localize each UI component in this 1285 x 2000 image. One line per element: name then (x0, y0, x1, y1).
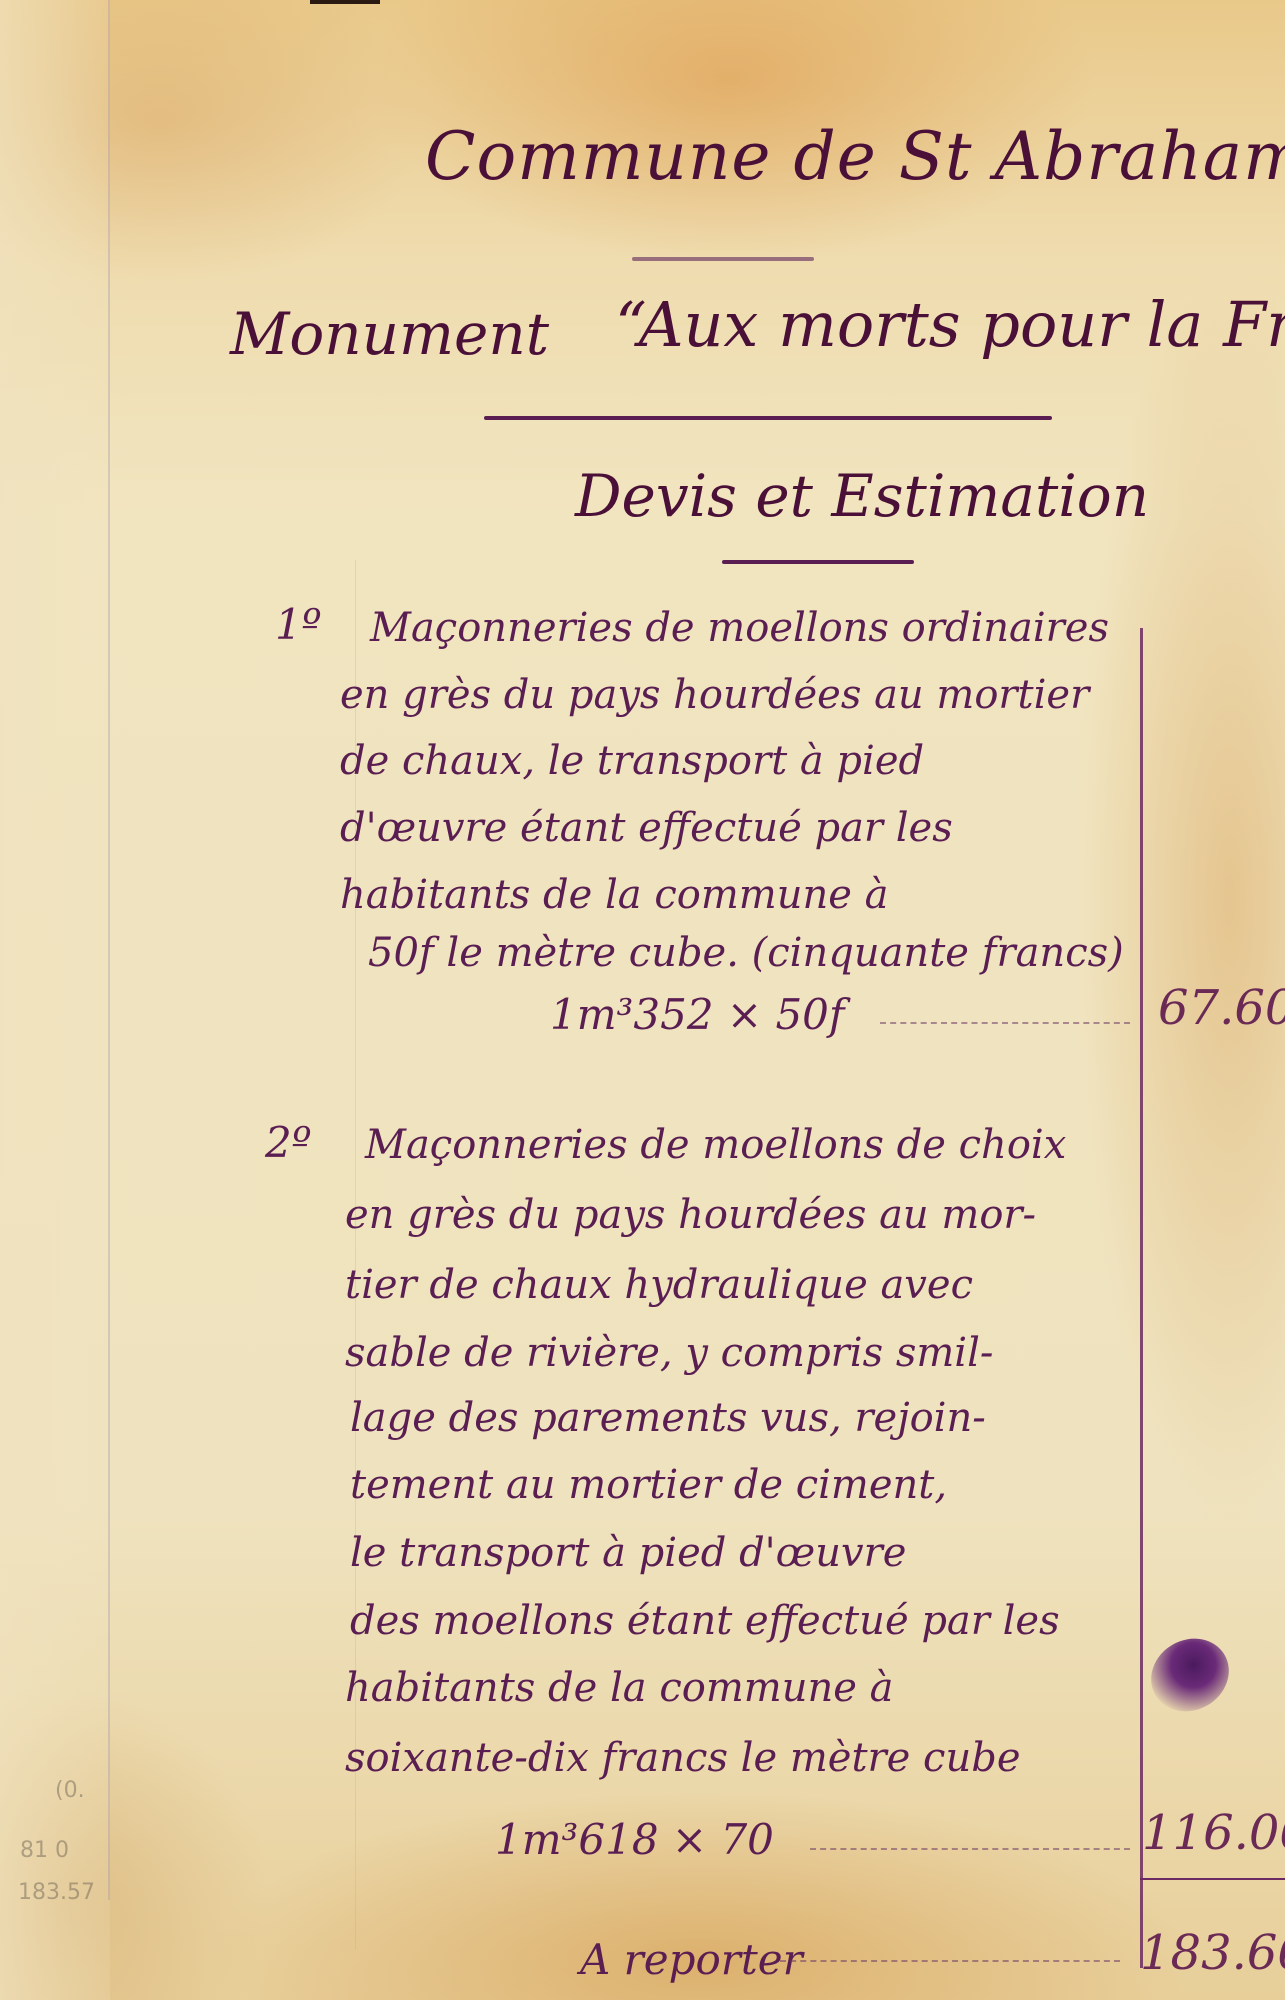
carry-forward-total: 183.66 (1140, 1925, 1285, 1981)
item-amount: 67.60 (1158, 980, 1285, 1036)
binding-tab (310, 0, 380, 4)
item-line: soixante-dix francs le mètre cube (345, 1735, 1021, 1781)
item-line: sable de rivière, y compris smil- (345, 1330, 993, 1376)
item-line: des moellons étant effectué par les (350, 1598, 1060, 1644)
item-calculation: 1m³618 × 70 (495, 1815, 774, 1864)
item-line: d'œuvre étant effectué par les (340, 805, 953, 851)
item-line: en grès du pays hourdées au mortier (340, 672, 1089, 718)
leader-dashes (880, 1022, 1130, 1024)
commune-title: Commune de St Abraham (425, 118, 1285, 195)
carry-forward-label: A reporter (580, 1935, 803, 1984)
leader-dashes (780, 1960, 1120, 1962)
document-page: Commune de St Abraham Monument “Aux mort… (0, 0, 1285, 2000)
item-amount: 116.06 (1142, 1805, 1285, 1861)
document-subtitle: Devis et Estimation (575, 462, 1149, 530)
item-number: 1º (275, 600, 321, 649)
item-line: tement au mortier de ciment, (350, 1462, 947, 1508)
item-line: Maçonneries de moellons de choix (365, 1122, 1066, 1168)
item-calculation: 1m³352 × 50f (550, 990, 844, 1039)
item-line: tier de chaux hydraulique avec (345, 1262, 973, 1308)
title-underline (632, 257, 814, 261)
amount-column-rule (1140, 628, 1143, 1968)
margin-note: 81 0 (20, 1838, 69, 1863)
margin-note: (0. (55, 1778, 85, 1803)
paper-fold-strip (0, 0, 110, 2000)
item-line: de chaux, le transport à pied (340, 738, 924, 784)
item-line: Maçonneries de moellons ordinaires (370, 605, 1109, 651)
item-line: lage des parements vus, rejoin- (350, 1395, 986, 1441)
margin-rule (108, 0, 110, 1900)
item-number: 2º (265, 1118, 311, 1167)
item-line: 50f le mètre cube. (cinquante francs) (368, 930, 1124, 976)
subtotal-rule (1140, 1878, 1285, 1880)
margin-note: 183.57 (18, 1880, 95, 1905)
monument-underline (484, 416, 1052, 420)
monument-name: “Aux morts pour la France” (615, 288, 1285, 361)
leader-dashes (810, 1848, 1130, 1850)
item-line: habitants de la commune à (340, 872, 888, 918)
subtitle-underline (722, 560, 914, 564)
item-line: le transport à pied d'œuvre (350, 1530, 906, 1576)
item-line: en grès du pays hourdées au mor- (345, 1192, 1036, 1238)
monument-label: Monument (230, 300, 549, 368)
item-line: habitants de la commune à (345, 1665, 893, 1711)
ink-blot (1138, 1625, 1242, 1726)
